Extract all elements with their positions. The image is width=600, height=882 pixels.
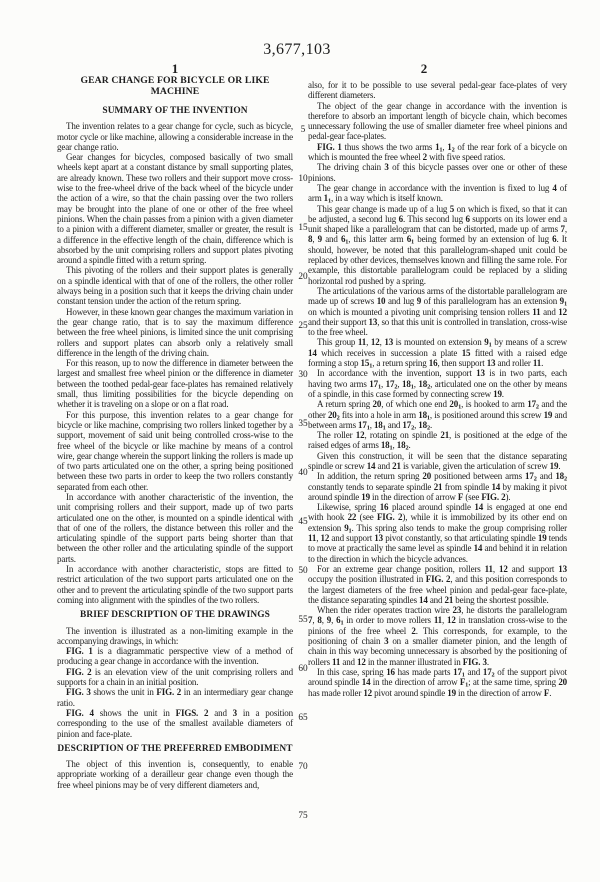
- line-number: 10: [290, 174, 316, 184]
- paragraph: In accordance with another characteristi…: [57, 492, 293, 564]
- line-number: 25: [290, 321, 316, 331]
- paragraph: The object of the gear change in accorda…: [308, 101, 567, 142]
- paragraph: For this reason, up to now the differenc…: [57, 358, 293, 409]
- paragraph: In accordance with the invention, suppor…: [308, 368, 567, 399]
- column-1: GEAR CHANGE FOR BICYCLE OR LIKE MACHINE …: [57, 75, 293, 790]
- paragraph: FIG. 4 shows the unit in FIGS. 2 and 3 i…: [57, 708, 293, 739]
- paragraph: Gear changes for bicycles, composed basi…: [57, 152, 293, 265]
- paragraph: FIG. 3 shows the unit in FIG. 2 in an in…: [57, 687, 293, 708]
- line-number: 50: [290, 566, 316, 576]
- paragraph: A return spring 20, of which one end 201…: [308, 399, 567, 430]
- paragraph: In accordance with another characteristi…: [57, 564, 293, 605]
- paragraph: Likewise, spring 16 placed around spindl…: [308, 502, 567, 564]
- section-heading: SUMMARY OF THE INVENTION: [57, 106, 293, 116]
- paragraph: also, for it to be possible to use sever…: [308, 80, 567, 101]
- section-heading: BRIEF DESCRIPTION OF THE DRAWINGS: [57, 610, 293, 620]
- paragraph: FIG. 2 is an elevation view of the unit …: [57, 667, 293, 688]
- paragraph: The roller 12, rotating on spindle 21, i…: [308, 430, 567, 451]
- invention-title: GEAR CHANGE FOR BICYCLE OR LIKE MACHINE: [57, 75, 293, 97]
- paragraph: In this case, spring 16 has made parts 1…: [308, 667, 567, 698]
- line-number: 5: [290, 125, 316, 135]
- section-heading: DESCRIPTION OF THE PREFERRED EMBODIMENT: [57, 744, 293, 754]
- paragraph: FIG. 1 thus shows the two arms 11, 12 of…: [308, 142, 567, 163]
- paragraph: The object of this invention is, consequ…: [57, 759, 293, 790]
- paragraph: FIG. 1 is a diagrammatic perspective vie…: [57, 646, 293, 667]
- line-number: 35: [290, 419, 316, 429]
- line-number: 75: [290, 811, 316, 821]
- line-number-gutter: 51015202530354045505560657075: [290, 0, 316, 882]
- paragraph: However, in these known gear changes the…: [57, 307, 293, 358]
- paragraph: The invention is illustrated as a non-li…: [57, 626, 293, 647]
- paragraph: Given this construction, it will be seen…: [308, 451, 567, 472]
- line-number: 30: [290, 370, 316, 380]
- line-number: 40: [290, 468, 316, 478]
- paragraph: For this purpose, this invention relates…: [57, 410, 293, 492]
- column-1-text: SUMMARY OF THE INVENTIONThe invention re…: [57, 106, 293, 790]
- paragraph: This gear change is made up of a lug 5 o…: [308, 204, 567, 286]
- column-2-number: 2: [308, 61, 540, 77]
- line-number: 45: [290, 517, 316, 527]
- line-number: 65: [290, 713, 316, 723]
- column-2: also, for it to be possible to use sever…: [308, 80, 567, 698]
- paragraph: The articulations of the various arms of…: [308, 286, 567, 337]
- paragraph: This group 11, 12, 13 is mounted on exte…: [308, 337, 567, 368]
- line-number: 20: [290, 272, 316, 282]
- line-number: 60: [290, 664, 316, 674]
- line-number: 70: [290, 762, 316, 772]
- paragraph: When the rider operates traction wire 23…: [308, 605, 567, 667]
- paragraph: The gear change in accordance with the i…: [308, 183, 567, 204]
- paragraph: For an extreme gear change position, rol…: [308, 564, 567, 605]
- paragraph: In addition, the return spring 20 positi…: [308, 471, 567, 502]
- paragraph: The driving chain 3 of this bicycle pass…: [308, 162, 567, 183]
- paragraph: The invention relates to a gear change f…: [57, 121, 293, 152]
- patent-page: 3,677,103 1 2 GEAR CHANGE FOR BICYCLE OR…: [0, 0, 600, 882]
- paragraph: This pivoting of the rollers and their s…: [57, 265, 293, 306]
- line-number: 15: [290, 223, 316, 233]
- line-number: 55: [290, 615, 316, 625]
